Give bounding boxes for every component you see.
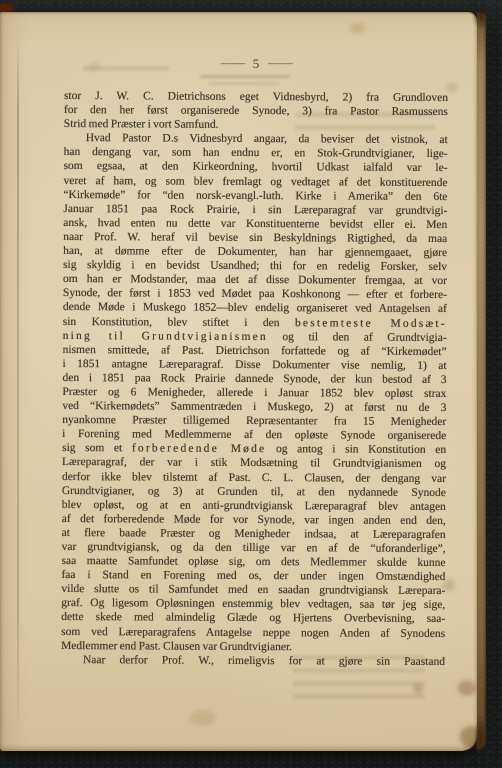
header-rule-left: —— (221, 55, 244, 70)
book-page: ——5—— stor J. W. C. Dietrichsons eget Vi… (0, 12, 477, 751)
text-line: sin Konstitution, blev stiftet i den bes… (63, 314, 447, 330)
text-line: dende Møde i Muskego 1852—blev endelig o… (63, 300, 447, 316)
page-edge-strip (477, 13, 486, 750)
foxing-stain (446, 82, 458, 92)
text-line: dette skede med almindelig Glæde og Hjer… (61, 610, 445, 626)
text-line: som ved Læreparagrafens Antagelse neppe … (61, 625, 445, 641)
foxing-stain (88, 62, 101, 71)
foxing-stain (190, 710, 216, 726)
text-line: Læreparagraf, der var i stik Modsætning … (62, 455, 446, 471)
text-line: veret af ham, og som blev fremlagt og ve… (63, 174, 447, 190)
foxing-stain (443, 579, 455, 591)
body-text: stor J. W. C. Dietrichsons eget Vidnesby… (61, 89, 448, 669)
text-line: Naar derfor Prof. W., rimeligvis for at … (61, 653, 445, 669)
showthrough-rule (200, 75, 290, 78)
header-rule-right: —— (268, 55, 291, 70)
foxing-stain (458, 680, 476, 696)
foxing-stain (413, 684, 423, 694)
page-gutter-shade (0, 12, 28, 751)
foxing-stain (132, 640, 150, 650)
text-line: ning til Grundtvigianismen og til den af… (63, 329, 447, 345)
showthrough-rule (208, 82, 280, 85)
book-scan: ——5—— stor J. W. C. Dietrichsons eget Vi… (0, 0, 502, 768)
foxing-stain (350, 23, 366, 33)
text-line: derfor ikke blev tilstemt af Past. C. L.… (62, 470, 446, 486)
page-crease (17, 38, 19, 740)
text-line: som egsaa, at den Kirkeordning, hvortil … (64, 159, 448, 175)
page-number: 5 (253, 56, 260, 71)
